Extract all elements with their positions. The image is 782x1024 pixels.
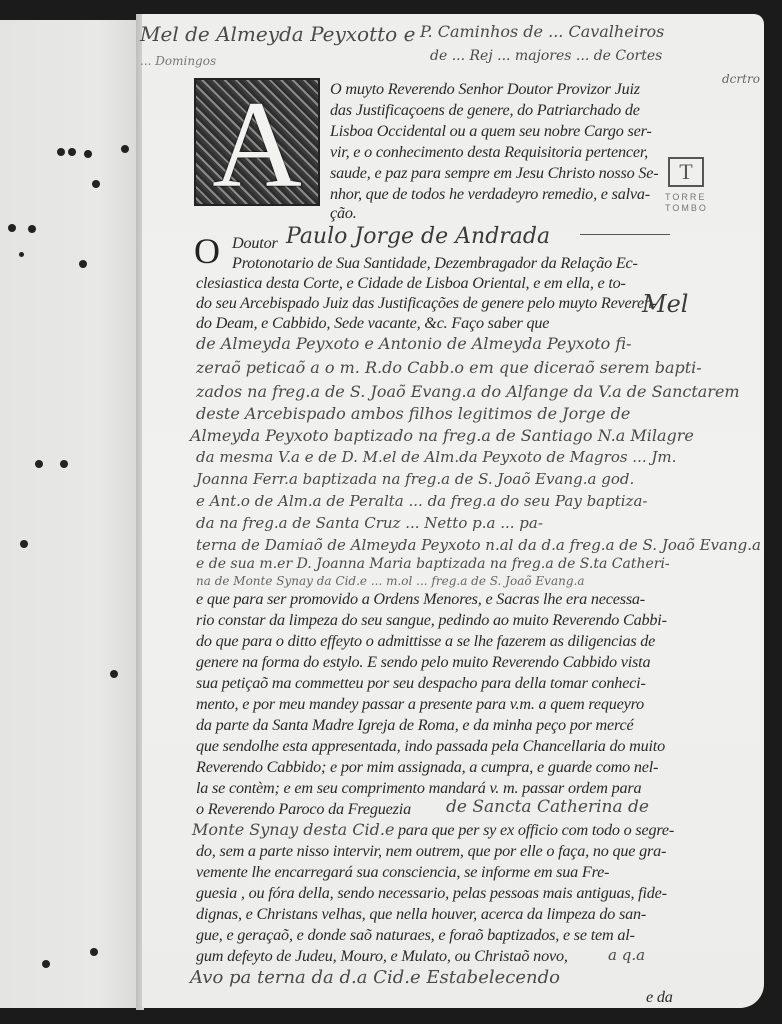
wormhole bbox=[42, 960, 50, 968]
decorative-initial: A bbox=[194, 78, 320, 206]
body-line: guesia , ou fóra della, sendo necessario… bbox=[196, 884, 667, 903]
wormhole bbox=[90, 948, 98, 956]
handwritten-insert: Mel bbox=[642, 290, 688, 318]
salutation-line: ção. bbox=[330, 204, 357, 223]
salutation-line: saude, e paz para sempre em Jesu Christo… bbox=[330, 164, 658, 183]
body-line: dignas, e Christans velhas, que nella ho… bbox=[196, 905, 646, 924]
top-left-annotation: Mel de Almeyda Peyxotto e bbox=[140, 22, 415, 46]
handwritten-line: e Ant.o de Alm.a de Peralta ... da freg.… bbox=[196, 492, 647, 510]
top-left-annotation-sub: ... Domingos bbox=[140, 54, 216, 68]
paroco-line-handwritten: de Sancta Catherina de bbox=[446, 797, 649, 817]
wormhole bbox=[84, 150, 92, 158]
wormhole bbox=[28, 225, 36, 233]
wormhole bbox=[68, 148, 76, 156]
body-line: gum defeyto de Judeu, Mouro, e Mulato, o… bbox=[196, 947, 568, 966]
wormhole bbox=[110, 670, 118, 678]
archive-stamp-icon: T bbox=[668, 157, 704, 187]
large-initial-o: O bbox=[194, 230, 220, 272]
top-right-annotation-2: de ... Rej ... majores ... de Cortes bbox=[430, 48, 662, 64]
handwritten-line: Almeyda Peyxoto baptizado na freg.a de S… bbox=[190, 426, 694, 445]
fill-line bbox=[580, 234, 670, 235]
body-line: que sendolhe esta appresentada, indo pas… bbox=[196, 737, 665, 756]
salutation-line: Lisboa Occidental ou a quem seu nobre Ca… bbox=[330, 122, 652, 141]
archive-stamp-text: TORRE TOMBO bbox=[665, 192, 715, 214]
wormhole bbox=[35, 460, 43, 468]
top-right-annotation-3: dcrtro bbox=[722, 72, 760, 86]
handwritten-line: na de Monte Synay da Cid.e ... m.ol ... … bbox=[196, 574, 584, 588]
wormhole bbox=[60, 460, 68, 468]
wormhole bbox=[8, 224, 16, 232]
body-line: Reverendo Cabbido; e por mim assignada, … bbox=[196, 758, 658, 777]
body-line: do Deam, e Cabbido, Sede vacante, &c. Fa… bbox=[196, 314, 549, 333]
handwritten-line: de Almeyda Peyxoto e Antonio de Almeyda … bbox=[196, 334, 631, 353]
body-line: genere na forma do estylo. E sendo pelo … bbox=[196, 653, 650, 672]
body-line: do seu Arcebispado Juiz das Justificaçõe… bbox=[196, 294, 657, 313]
wormhole bbox=[121, 145, 129, 153]
handwritten-line: deste Arcebispado ambos filhos legitimos… bbox=[196, 404, 630, 423]
salutation-line: nhor, que de todos he verdadeyro remedio… bbox=[330, 185, 650, 204]
wormhole bbox=[57, 148, 65, 156]
body-line: do, sem a parte nisso intervir, nem outr… bbox=[196, 842, 666, 861]
doctor-name-handwritten: Paulo Jorge de Andrada bbox=[286, 224, 550, 249]
wormhole bbox=[19, 252, 24, 257]
handwritten-line: e de sua m.er D. Joanna Maria baptizada … bbox=[196, 556, 670, 572]
paroco-line-printed: o Reverendo Paroco da Freguezia bbox=[196, 800, 411, 819]
body-line: rio constar da limpeza do seu sangue, pe… bbox=[196, 611, 667, 630]
handwritten-line: da na freg.a de Santa Cruz ... Netto p.a… bbox=[196, 514, 543, 532]
body-line: Protonotario de Sua Santidade, Dezembrag… bbox=[232, 254, 638, 273]
wormhole bbox=[79, 260, 87, 268]
catchword: e da bbox=[646, 988, 673, 1007]
salutation-line: O muyto Reverendo Senhor Doutor Provizor… bbox=[330, 80, 640, 99]
body-line: clesiastica desta Corte, e Cidade de Lis… bbox=[196, 274, 626, 293]
handwritten-final-line: Avo pa terna da d.a Cid.e Estabelecendo bbox=[190, 967, 560, 988]
handwritten-line: terna de Damiaõ de Almeyda Peyxoto n.al … bbox=[196, 536, 761, 554]
body-line: e que para ser promovido a Ordens Menore… bbox=[196, 590, 645, 609]
body-line: sua petiçaõ ma commetteu por seu despach… bbox=[196, 674, 646, 693]
doctor-label: Doutor bbox=[232, 234, 278, 253]
body-line: do que para o ditto effeyto o admittisse… bbox=[196, 632, 655, 651]
segredo-line-handwritten: Monte Synay desta Cid.e bbox=[192, 820, 394, 839]
segredo-line-printed: para que per sy ex officio com todo o se… bbox=[398, 821, 674, 840]
body-line: da parte da Santa Madre Igreja de Roma, … bbox=[196, 716, 633, 735]
salutation-line: das Justificaçoens de genere, do Patriar… bbox=[330, 101, 640, 120]
facing-page-left bbox=[0, 20, 140, 1008]
wormhole bbox=[20, 540, 28, 548]
body-line: gue, e geraçaõ, e donde saõ naturaes, e … bbox=[196, 926, 635, 945]
handwritten-tail: a q.a bbox=[608, 946, 645, 964]
body-line: la se contèm; e em seu comprimento manda… bbox=[196, 779, 641, 798]
handwritten-line: zados na freg.a de S. Joaõ Evang.a do Al… bbox=[196, 382, 740, 401]
body-line: vemente lhe encarregará sua consciencia,… bbox=[196, 863, 609, 882]
salutation-line: vir, e o conhecimento desta Requisitoria… bbox=[330, 143, 648, 162]
handwritten-line: Joanna Ferr.a baptizada na freg.a de S. … bbox=[196, 470, 634, 488]
wormhole bbox=[92, 180, 100, 188]
body-line: mento, e por meu mandey passar a present… bbox=[196, 695, 644, 714]
handwritten-line: zeraõ peticaõ a o m. R.do Cabb.o em que … bbox=[196, 358, 702, 377]
top-right-annotation-1: P. Caminhos de ... Cavalheiros bbox=[420, 22, 664, 41]
handwritten-line: da mesma V.a e de D. M.el de Alm.da Peyx… bbox=[196, 448, 676, 466]
